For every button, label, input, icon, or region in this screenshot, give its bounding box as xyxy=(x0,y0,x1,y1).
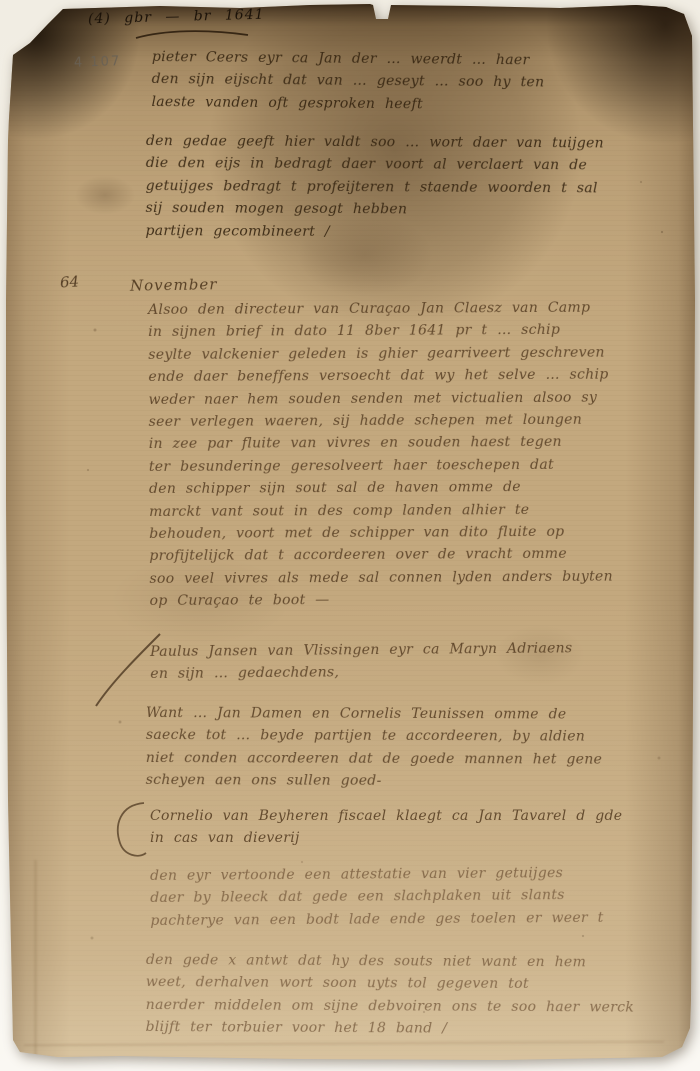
manuscript-text-line: op Curaçao te boot — xyxy=(150,587,700,612)
paragraph-flourish-icon xyxy=(112,797,150,863)
manuscript-text-line: marckt vant sout in des comp landen alhi… xyxy=(149,498,700,523)
manuscript-text-line: naerder middelen om sijne debvoiren ons … xyxy=(146,994,698,1019)
margin-section-mark: 64 xyxy=(59,271,79,292)
manuscript-text-line: scheyen aen ons sullen goed- xyxy=(146,769,698,793)
entry-4-case-heading: Paulus Jansen van Vlissingen eyr ca Mary… xyxy=(150,636,700,686)
entry-5: Want … Jan Damen en Cornelis Teunissen o… xyxy=(146,702,698,794)
manuscript-text-line: die den eijs in bedragt daer voort al ve… xyxy=(146,152,698,177)
entry-7: den eyr vertoonde een attestatie van vie… xyxy=(150,861,700,932)
manuscript-text-line: ende daer beneffens versoecht dat wy het… xyxy=(148,363,700,388)
manuscript-text-line: profijtelijck dat t accordeeren over de … xyxy=(149,543,700,568)
manuscript-text-line: sij souden mogen gesogt hebben xyxy=(146,197,698,222)
manuscript-text-line: in cas van dieverij xyxy=(150,827,700,849)
manuscript-text-line: en sijn … gedaechdens, xyxy=(150,659,700,686)
entry-6-fiscal-case: Cornelio van Beyheren fiscael klaegt ca … xyxy=(150,805,700,850)
manuscript-text-line: den gedae geeft hier valdt soo … wort da… xyxy=(146,130,698,155)
manuscript-text-line: partijen gecombineert / xyxy=(145,220,697,245)
manuscript-text-line: weder naer hem souden senden met victual… xyxy=(148,386,700,411)
manuscript-text-line: Alsoo den directeur van Curaçao Jan Clae… xyxy=(148,296,700,321)
manuscript-text-line: pachterye van een bodt lade ende ges toe… xyxy=(150,906,700,932)
entry-1: pieter Ceers eyr ca Jan der … weerdt … h… xyxy=(151,46,700,118)
folio-number-pencil: 4 107 xyxy=(74,54,122,72)
manuscript-text-line: behouden, voort met de schipper van dito… xyxy=(149,520,700,545)
margin-month-label: November xyxy=(130,274,218,296)
paper-crease-horizontal xyxy=(24,1040,664,1046)
manuscript-text-line: weet, derhalven wort soon uyts tol gegev… xyxy=(146,971,698,996)
manuscript-text-line: niet conden accordeeren dat de goede man… xyxy=(146,747,698,771)
manuscript-text-line: getuijges bedragt t profeijteren t staen… xyxy=(146,175,698,200)
paper-shadow: (4) gbr — br 1641 4 107 64 November piet… xyxy=(0,0,700,1071)
manuscript-text-line: Cornelio van Beyheren fiscael klaegt ca … xyxy=(150,805,700,827)
archive-date-note: (4) gbr — br 1641 xyxy=(88,6,265,29)
manuscript-text-line: laeste vanden oft gesproken heeft xyxy=(151,91,700,118)
paper-crease-vertical xyxy=(34,860,37,1058)
underline-flourish-icon xyxy=(134,27,254,41)
manuscript-page: (4) gbr — br 1641 4 107 64 November piet… xyxy=(0,0,700,1071)
manuscript-text-line: Want … Jan Damen en Cornelis Teunissen o… xyxy=(146,702,698,726)
manuscript-text-line: ter besunderinge geresolveert haer toesc… xyxy=(149,453,700,478)
manuscript-text-line: blijft ter torbuier voor het 18 band / xyxy=(146,1016,698,1041)
entry-3-curacao-resolution: Alsoo den directeur van Curaçao Jan Clae… xyxy=(148,296,700,613)
manuscript-text-line: saecke tot … beyde partijen te accordeer… xyxy=(146,724,698,748)
manuscript-text-line: in sijnen brief in dato 11 8ber 1641 pr … xyxy=(148,319,700,344)
manuscript-text-line: den gede x antwt dat hy des souts niet w… xyxy=(146,949,698,974)
entry-8: den gede x antwt dat hy des souts niet w… xyxy=(146,949,698,1042)
manuscript-text-line: in zee par fluite van vivres en souden h… xyxy=(149,431,700,456)
manuscript-scan: (4) gbr — br 1641 4 107 64 November piet… xyxy=(0,0,700,1071)
manuscript-text-line: seer verlegen waeren, sij hadde schepen … xyxy=(149,408,700,433)
entry-2: den gedae geeft hier valdt soo … wort da… xyxy=(145,130,698,245)
manuscript-text-line: den schipper sijn sout sal de haven omme… xyxy=(149,475,700,500)
manuscript-text-line: seylte valckenier geleden is ghier gearr… xyxy=(148,341,700,366)
manuscript-text-line: soo veel vivres als mede sal connen lyde… xyxy=(149,565,700,590)
